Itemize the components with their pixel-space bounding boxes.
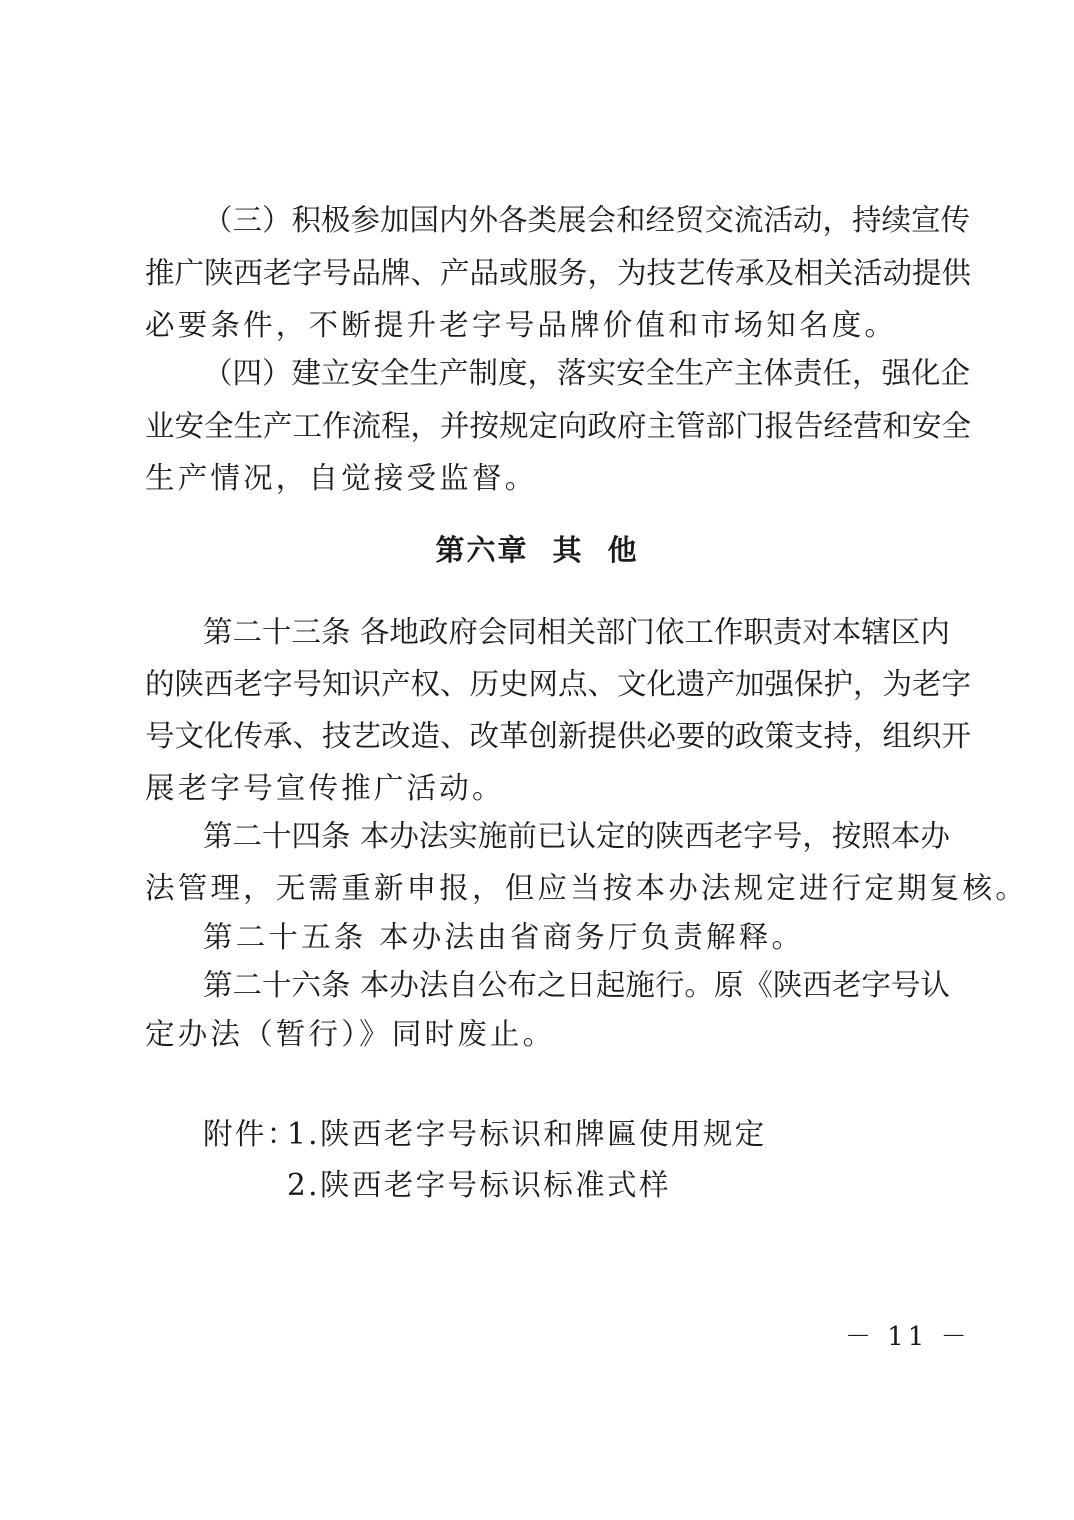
text-line: 号文化传承、技艺改造、改革创新提供必要的政策支持，组织开: [145, 719, 945, 753]
text-line: 第二十四条 本办法实施前已认定的陕西老字号，按照本办: [203, 819, 943, 853]
text-line: 必要条件，不断提升老字号品牌价值和市场知名度。: [145, 308, 945, 342]
text-line: 第二十五条 本办法由省商务厅负责解释。: [203, 920, 943, 954]
attachments-label: 附件：: [203, 1117, 299, 1151]
text-line: 法管理，无需重新申报，但应当按本办法规定进行定期复核。: [145, 871, 945, 905]
text-line: 业安全生产工作流程，并按规定向政府主管部门报告经营和安全: [145, 409, 945, 443]
chapter-title-char: 他: [608, 533, 639, 567]
text-line: 推广陕西老字号品牌、产品或服务，为技艺传承及相关活动提供: [145, 256, 945, 290]
text-line: 定办法（暂行）》同时废止。: [145, 1017, 945, 1051]
text-line: 第二十六条 本办法自公布之日起施行。原《陕西老字号认: [203, 968, 943, 1002]
chapter-number: 第六章: [435, 533, 528, 567]
text-line: （三）积极参加国内外各类展会和经贸交流活动，持续宣传: [203, 203, 943, 237]
chapter-heading: 第六章其他: [0, 533, 1074, 567]
text-line: 第二十三条 各地政府会同相关部门依工作职责对本辖区内: [203, 615, 943, 649]
attachment-item: 1.陕西老字号标识和牌匾使用规定: [287, 1117, 767, 1151]
text-line: 的陕西老字号知识产权、历史网点、文化遗产加强保护，为老字: [145, 667, 945, 701]
text-line: 生产情况，自觉接受监督。: [145, 461, 945, 495]
page-number: － 11 －: [845, 1322, 971, 1352]
attachment-item: 2.陕西老字号标识标准式样: [287, 1168, 671, 1202]
text-line: （四）建立安全生产制度，落实安全生产主体责任，强化企: [203, 356, 943, 390]
chapter-title-char: 其: [552, 533, 583, 567]
text-line: 展老字号宣传推广活动。: [145, 771, 945, 805]
